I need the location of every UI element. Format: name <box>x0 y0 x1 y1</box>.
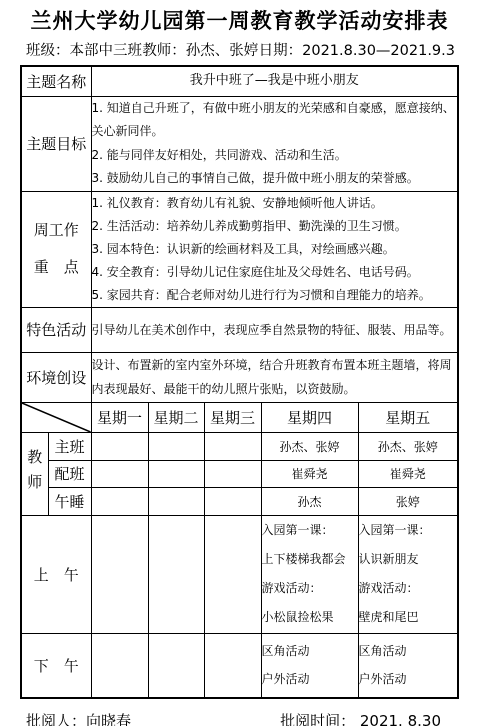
nap-tue <box>148 487 204 515</box>
environment-label: 环境创设 <box>21 352 91 402</box>
afternoon-fri: 区角活动 户外活动 <box>358 633 458 698</box>
theme-name-label: 主题名称 <box>21 66 91 96</box>
afternoon-wed <box>204 633 261 698</box>
main-wed <box>204 432 261 460</box>
nap-mon <box>91 487 148 515</box>
weekly-focus-value: 1. 礼仪教育：教育幼儿有礼貌、安静地倾听他人讲话。 2. 生活活动：培养幼儿养… <box>91 191 458 307</box>
day-header-wednesday: 星期三 <box>204 402 261 432</box>
morning-tue <box>148 515 204 633</box>
page-title: 兰州大学幼儿园第一周教育教学活动安排表 <box>0 0 479 35</box>
assist-mon <box>91 460 148 487</box>
afternoon-thu: 区角活动 户外活动 <box>261 633 358 698</box>
nap-label: 午睡 <box>48 487 91 515</box>
theme-goals-label: 主题目标 <box>21 96 91 191</box>
weekly-plan-table: 主题名称 我升中班了—我是中班小朋友 主题目标 1. 知道自己升班了，有做中班小… <box>20 65 459 699</box>
assist-fri: 崔舜尧 <box>358 460 458 487</box>
morning-fri: 入园第一课： 认识新朋友 游戏活动： 壁虎和尾巴 <box>358 515 458 633</box>
diagonal-line-icon <box>22 403 91 432</box>
nap-wed <box>204 487 261 515</box>
main-thu: 孙杰、张婷 <box>261 432 358 460</box>
assist-tue <box>148 460 204 487</box>
theme-goals-value: 1. 知道自己升班了，有做中班小朋友的光荣感和自豪感，愿意接纳、 关心新同伴。 … <box>91 96 458 191</box>
nap-fri: 张婷 <box>358 487 458 515</box>
day-header-friday: 星期五 <box>358 402 458 432</box>
environment-value: 设计、布置新的室内室外环境，结合升班教育布置本班主题墙，将周 内表现最好、最能干… <box>91 352 458 402</box>
morning-mon <box>91 515 148 633</box>
special-activity-value: 引导幼儿在美术创作中，表现应季自然景物的特征、服装、用品等。 <box>91 307 458 352</box>
table-row: 特色活动 引导幼儿在美术创作中，表现应季自然景物的特征、服装、用品等。 <box>21 307 458 352</box>
assistant-class-label: 配班 <box>48 460 91 487</box>
table-row: 周工作 重 点 1. 礼仪教育：教育幼儿有礼貌、安静地倾听他人讲话。 2. 生活… <box>21 191 458 307</box>
meta-row: 班级：本部中三班 教师：孙杰、张婷 日期：2021.8.30—2021.9.3 <box>26 39 455 60</box>
main-mon <box>91 432 148 460</box>
table-row: 主题目标 1. 知道自己升班了，有做中班小朋友的光荣感和自豪感，愿意接纳、 关心… <box>21 96 458 191</box>
assist-wed <box>204 460 261 487</box>
weekly-plan-document: 兰州大学幼儿园第一周教育教学活动安排表 班级：本部中三班 教师：孙杰、张婷 日期… <box>0 0 479 726</box>
review-time: 批阅时间： 2021. 8.30 <box>280 710 441 726</box>
morning-thu: 入园第一课： 上下楼梯我都会 游戏活动： 小松鼠捡松果 <box>261 515 358 633</box>
day-header-thursday: 星期四 <box>261 402 358 432</box>
table-row: 主题名称 我升中班了—我是中班小朋友 <box>21 66 458 96</box>
diagonal-header-cell <box>21 402 91 432</box>
teacher-row-nap: 午睡 孙杰 张婷 <box>21 487 458 515</box>
main-fri: 孙杰、张婷 <box>358 432 458 460</box>
theme-name-value: 我升中班了—我是中班小朋友 <box>91 66 458 96</box>
class-info: 班级：本部中三班 <box>26 39 142 60</box>
afternoon-tue <box>148 633 204 698</box>
assist-thu: 崔舜尧 <box>261 460 358 487</box>
afternoon-row: 下 午 区角活动 户外活动 区角活动 户外活动 <box>21 633 458 698</box>
special-activity-label: 特色活动 <box>21 307 91 352</box>
morning-row: 上 午 入园第一课： 上下楼梯我都会 游戏活动： 小松鼠捡松果 入园第一课： 认… <box>21 515 458 633</box>
main-tue <box>148 432 204 460</box>
day-header-monday: 星期一 <box>91 402 148 432</box>
afternoon-mon <box>91 633 148 698</box>
teacher-row-assistant: 配班 崔舜尧 崔舜尧 <box>21 460 458 487</box>
weekly-focus-label: 周工作 重 点 <box>21 191 91 307</box>
morning-label: 上 午 <box>21 515 91 633</box>
day-header-tuesday: 星期二 <box>148 402 204 432</box>
weekday-header-row: 星期一 星期二 星期三 星期四 星期五 <box>21 402 458 432</box>
teacher-info: 教师：孙杰、张婷 <box>142 39 258 60</box>
teacher-row-main: 教师 主班 孙杰、张婷 孙杰、张婷 <box>21 432 458 460</box>
table-row: 环境创设 设计、布置新的室内室外环境，结合升班教育布置本班主题墙，将周 内表现最… <box>21 352 458 402</box>
footer-row: 批阅人：向晓春 批阅时间： 2021. 8.30 <box>26 710 441 726</box>
date-info: 日期：2021.8.30—2021.9.3 <box>259 39 455 60</box>
morning-wed <box>204 515 261 633</box>
main-class-label: 主班 <box>48 432 91 460</box>
afternoon-label: 下 午 <box>21 633 91 698</box>
reviewer-name: 批阅人：向晓春 <box>26 710 131 726</box>
nap-thu: 孙杰 <box>261 487 358 515</box>
teacher-section-label: 教师 <box>21 432 48 515</box>
